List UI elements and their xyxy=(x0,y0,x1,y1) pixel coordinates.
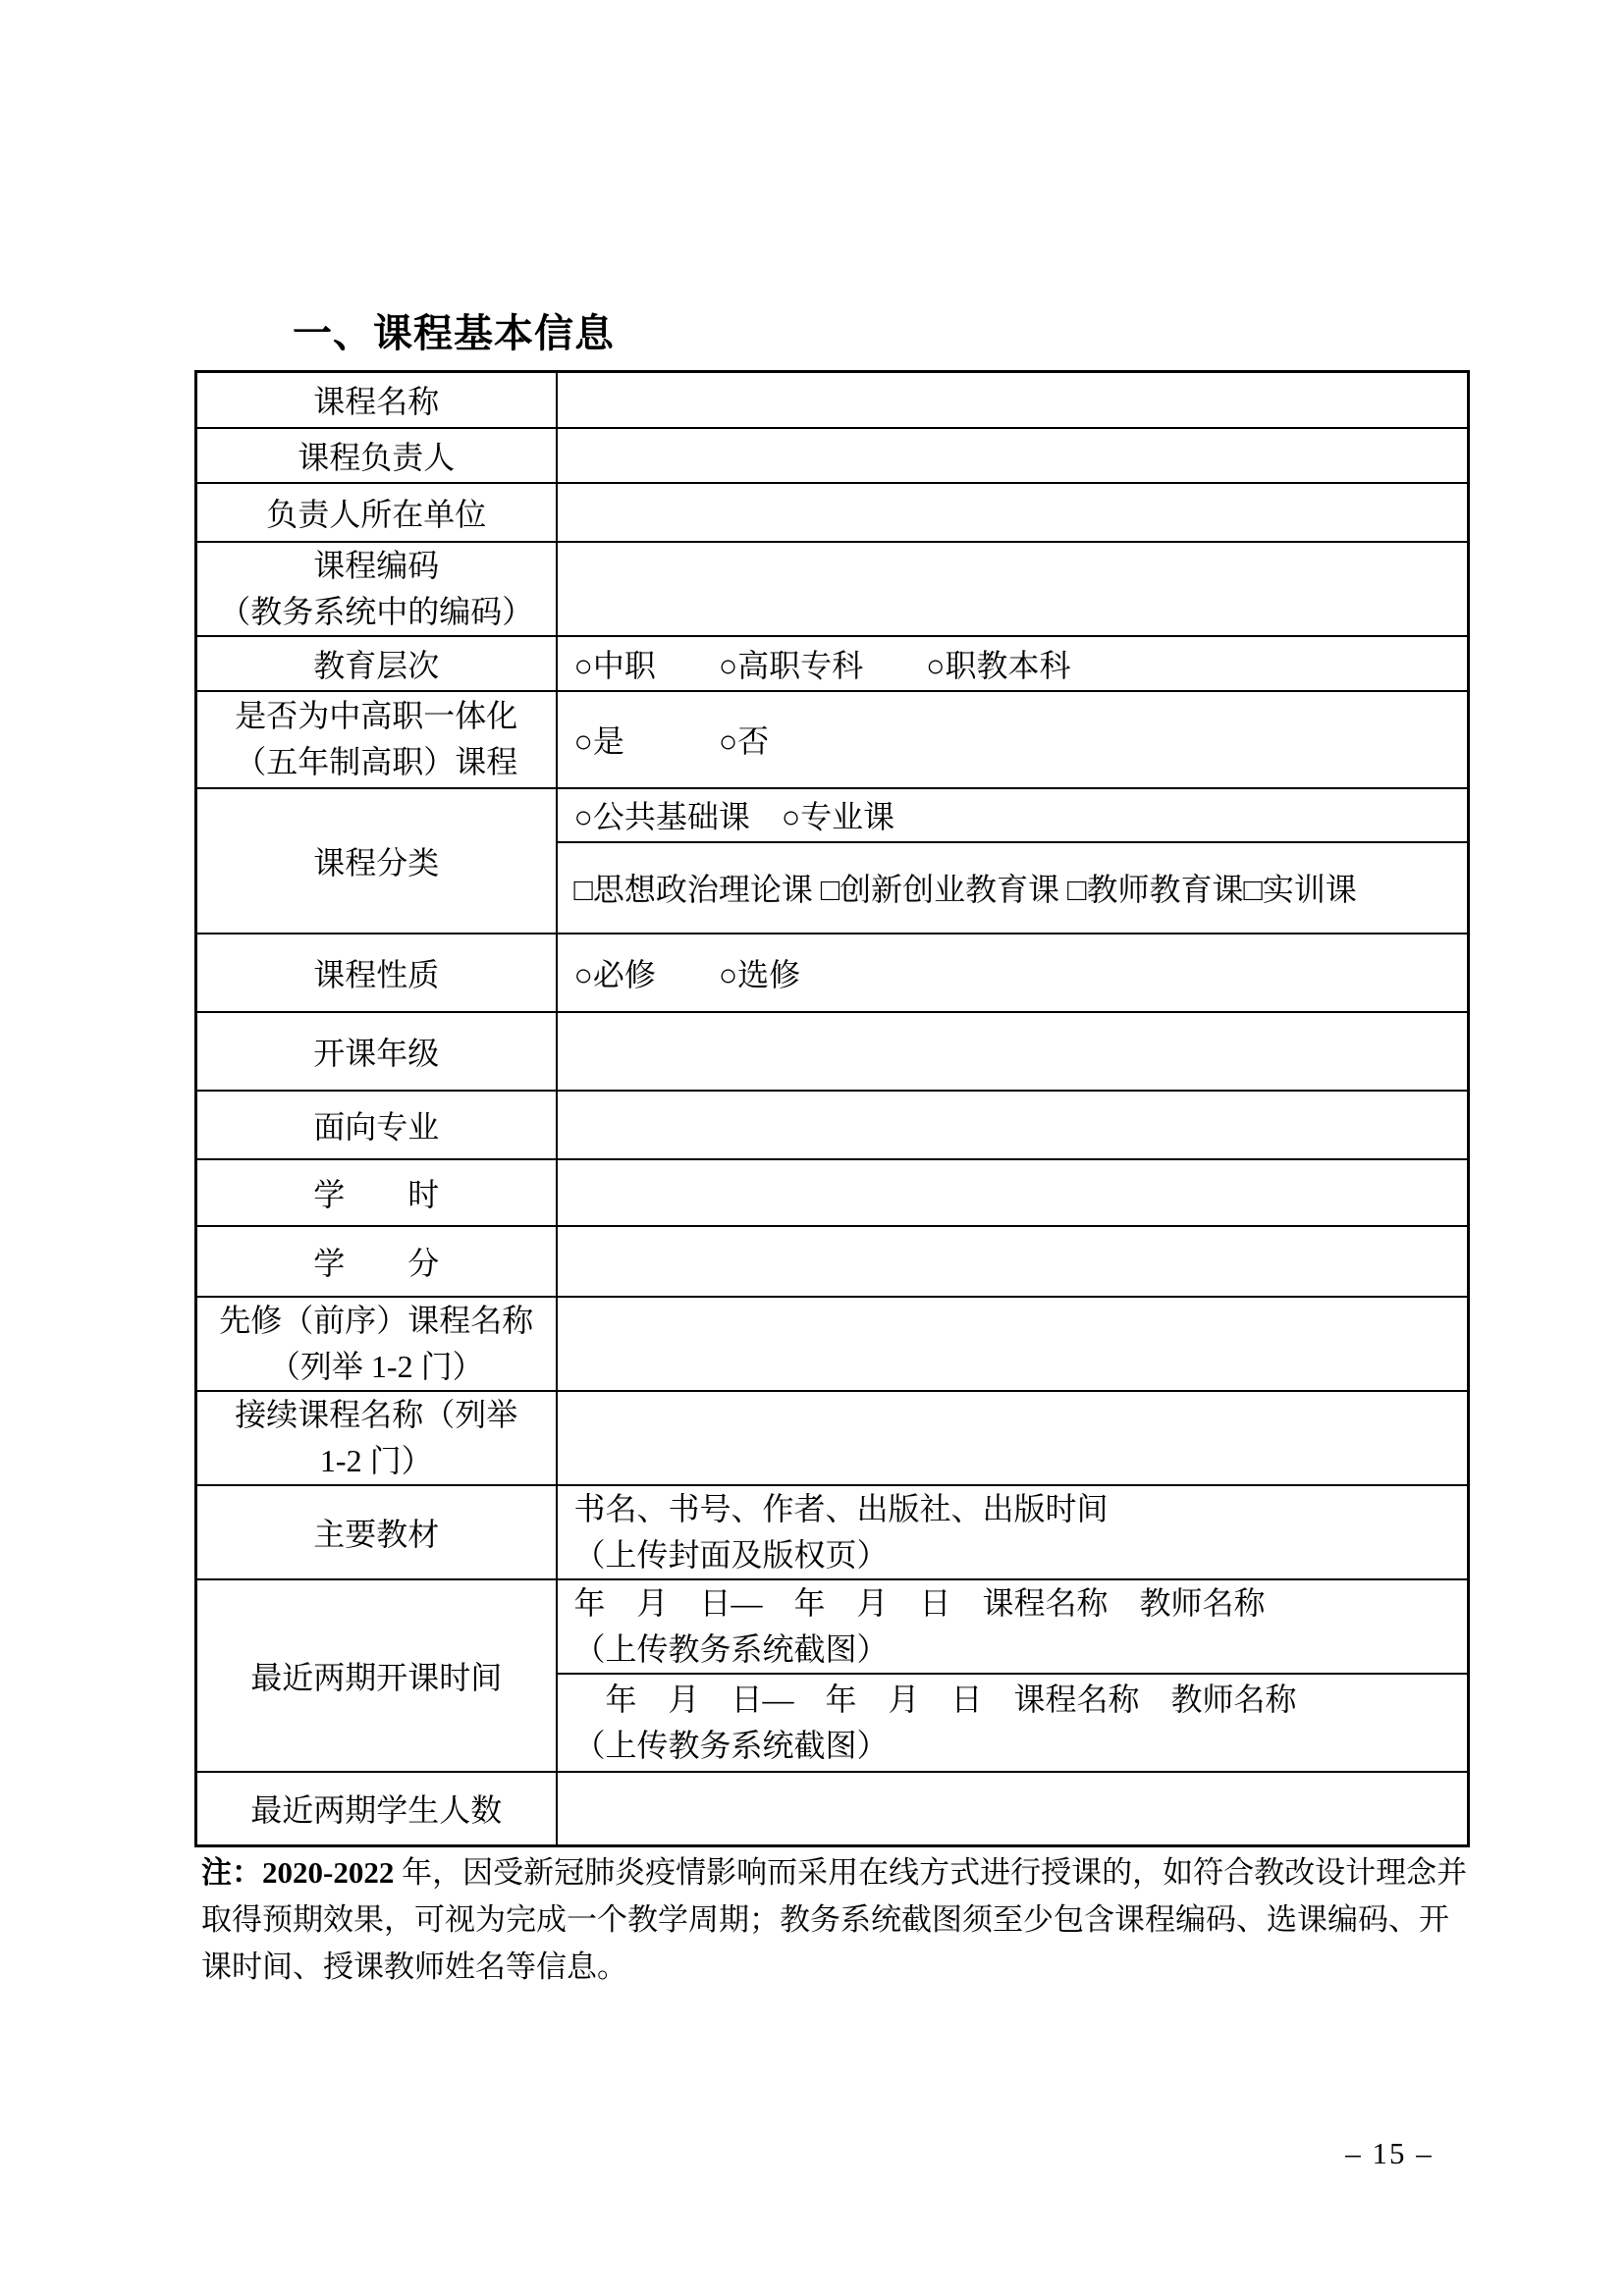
label-prerequisite-courses: 先修（前序）课程名称 （列举 1-2 门） xyxy=(196,1297,557,1391)
table-row: 课程性质 ○必修 ○选修 xyxy=(196,934,1469,1012)
label-edu-level: 教育层次 xyxy=(196,636,557,691)
note-line-2: 取得预期效果，可视为完成一个教学周期；教务系统截图须至少包含课程编码、选课编码、… xyxy=(201,1896,1478,1944)
label-leader-unit: 负责人所在单位 xyxy=(196,483,557,542)
table-row: 课程名称 xyxy=(196,372,1469,428)
label-category: 课程分类 xyxy=(196,788,557,934)
table-row: 课程编码 （教务系统中的编码） xyxy=(196,542,1469,636)
table-row: 是否为中高职一体化 （五年制高职）课程 ○是 ○否 xyxy=(196,691,1469,788)
table-row: 课程负责人 xyxy=(196,428,1469,483)
label-subsequent-courses-line1: 接续课程名称（列举 xyxy=(197,1392,556,1438)
label-start-grade: 开课年级 xyxy=(196,1012,557,1091)
label-course-name: 课程名称 xyxy=(196,372,557,428)
note-paragraph: 注：2020-2022 年，因受新冠肺炎疫情影响而采用在线方式进行授课的，如符合… xyxy=(201,1849,1478,1991)
value-course-nature-options: ○必修 ○选修 xyxy=(557,934,1469,1012)
value-recent-students xyxy=(557,1772,1469,1846)
value-main-textbook-line1: 书名、书号、作者、出版社、出版时间 xyxy=(574,1486,1468,1532)
note-years: 2020-2022 xyxy=(262,1855,394,1890)
value-main-textbook-line2: （上传封面及版权页） xyxy=(574,1532,1468,1578)
label-credits: 学 分 xyxy=(196,1226,557,1297)
value-recent-term-1-line2: （上传教务系统截图） xyxy=(574,1627,1468,1673)
value-vocational-integrated-options: ○是 ○否 xyxy=(557,691,1469,788)
value-main-textbook: 书名、书号、作者、出版社、出版时间 （上传封面及版权页） xyxy=(557,1485,1469,1579)
table-row: 接续课程名称（列举 1-2 门） xyxy=(196,1391,1469,1485)
value-class-hours xyxy=(557,1159,1469,1226)
value-course-leader xyxy=(557,428,1469,483)
value-start-grade xyxy=(557,1012,1469,1091)
value-subsequent-courses xyxy=(557,1391,1469,1485)
label-vocational-integrated-line1: 是否为中高职一体化 xyxy=(197,693,556,739)
note-label: 注： xyxy=(201,1855,262,1890)
value-course-name xyxy=(557,372,1469,428)
table-row: 课程分类 ○公共基础课 ○专业课 xyxy=(196,788,1469,842)
label-course-code-line2: （教务系统中的编码） xyxy=(197,589,556,635)
value-leader-unit xyxy=(557,483,1469,542)
note-line-1: 注：2020-2022 年，因受新冠肺炎疫情影响而采用在线方式进行授课的，如符合… xyxy=(201,1849,1478,1896)
course-info-table: 课程名称 课程负责人 负责人所在单位 课程编码 （教务系统中的编码） 教育层次 xyxy=(194,370,1470,1847)
value-recent-term-2-line1: 年 月 日— 年 月 日 课程名称 教师名称 xyxy=(574,1677,1468,1723)
table-row: 先修（前序）课程名称 （列举 1-2 门） xyxy=(196,1297,1469,1391)
value-prerequisite-courses xyxy=(557,1297,1469,1391)
table-row: 面向专业 xyxy=(196,1091,1469,1159)
table-row: 负责人所在单位 xyxy=(196,483,1469,542)
table-row: 主要教材 书名、书号、作者、出版社、出版时间 （上传封面及版权页） xyxy=(196,1485,1469,1579)
table-row: 最近两期学生人数 xyxy=(196,1772,1469,1846)
label-prerequisite-courses-line1: 先修（前序）课程名称 xyxy=(197,1298,556,1344)
value-category-basic-options: ○公共基础课 ○专业课 xyxy=(557,788,1469,842)
table-row: 学 时 xyxy=(196,1159,1469,1226)
value-recent-term-2: 年 月 日— 年 月 日 课程名称 教师名称 （上传教务系统截图） xyxy=(557,1674,1469,1772)
value-recent-term-2-line2: （上传教务系统截图） xyxy=(574,1723,1468,1769)
table-row: 最近两期开课时间 年 月 日— 年 月 日 课程名称 教师名称 （上传教务系统截… xyxy=(196,1579,1469,1674)
value-category-special-options: □思想政治理论课 □创新创业教育课 □教师教育课□实训课 xyxy=(557,842,1469,934)
label-subsequent-courses-line2: 1-2 门） xyxy=(197,1438,556,1484)
section-title: 一、课程基本信息 xyxy=(293,302,615,358)
label-target-majors: 面向专业 xyxy=(196,1091,557,1159)
label-vocational-integrated-line2: （五年制高职）课程 xyxy=(197,739,556,785)
value-course-code xyxy=(557,542,1469,636)
value-credits xyxy=(557,1226,1469,1297)
label-subsequent-courses: 接续课程名称（列举 1-2 门） xyxy=(196,1391,557,1485)
value-edu-level-options: ○中职 ○高职专科 ○职教本科 xyxy=(557,636,1469,691)
table-row: 教育层次 ○中职 ○高职专科 ○职教本科 xyxy=(196,636,1469,691)
document-page: 一、课程基本信息 课程名称 课程负责人 负责人所在单位 课程编码 （教务系统中的… xyxy=(0,0,1624,2296)
label-vocational-integrated: 是否为中高职一体化 （五年制高职）课程 xyxy=(196,691,557,788)
label-class-hours: 学 时 xyxy=(196,1159,557,1226)
note-line-1-text: 年，因受新冠肺炎疫情影响而采用在线方式进行授课的，如符合教改设计理念并 xyxy=(394,1855,1467,1890)
label-course-code-line1: 课程编码 xyxy=(197,543,556,589)
label-main-textbook: 主要教材 xyxy=(196,1485,557,1579)
label-prerequisite-courses-line2: （列举 1-2 门） xyxy=(197,1344,556,1390)
label-course-code: 课程编码 （教务系统中的编码） xyxy=(196,542,557,636)
label-recent-terms: 最近两期开课时间 xyxy=(196,1579,557,1772)
table-row: 开课年级 xyxy=(196,1012,1469,1091)
label-recent-students: 最近两期学生人数 xyxy=(196,1772,557,1846)
page-number: – 15 – xyxy=(1316,2136,1463,2171)
value-recent-term-1-line1: 年 月 日— 年 月 日 课程名称 教师名称 xyxy=(574,1580,1468,1627)
label-course-nature: 课程性质 xyxy=(196,934,557,1012)
value-recent-term-1: 年 月 日— 年 月 日 课程名称 教师名称 （上传教务系统截图） xyxy=(557,1579,1469,1674)
label-course-leader: 课程负责人 xyxy=(196,428,557,483)
note-line-3: 课时间、授课教师姓名等信息。 xyxy=(201,1944,1478,1991)
table-row: 学 分 xyxy=(196,1226,1469,1297)
value-target-majors xyxy=(557,1091,1469,1159)
